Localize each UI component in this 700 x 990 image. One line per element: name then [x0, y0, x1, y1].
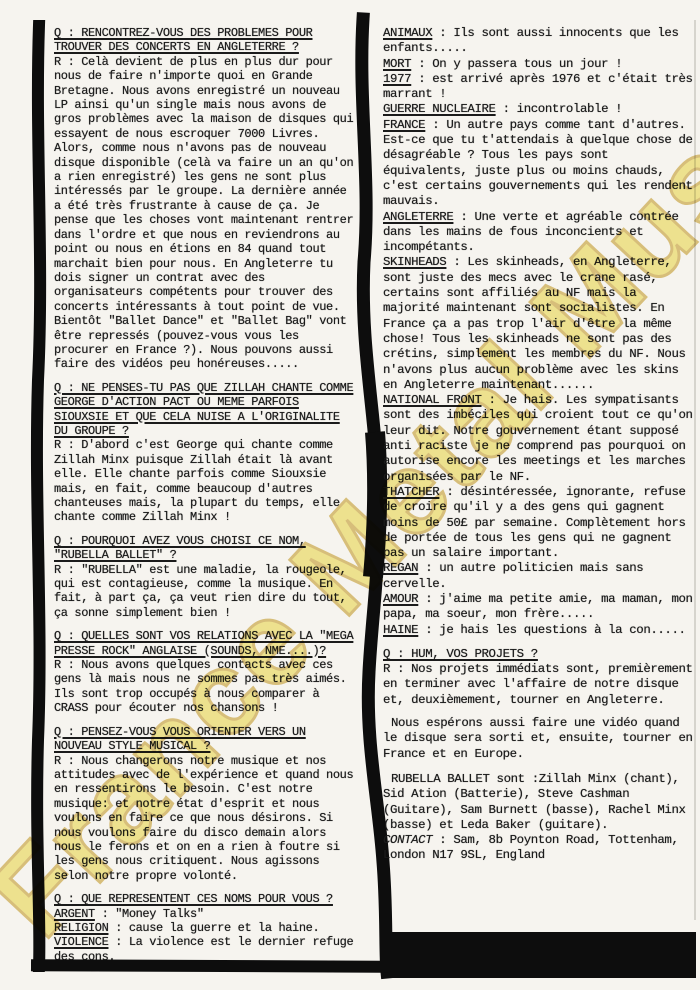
question-heading: Q : PENSEZ-VOUS VOUS ORIENTER VERS UN NO… — [54, 725, 358, 754]
topic-entry: CONTACT : Sam, 8b Poynton Road, Tottenha… — [383, 833, 693, 864]
topic-entry: 1977 : est arrivé après 1976 et c'était … — [383, 72, 693, 103]
topic-label: GUERRE NUCLEAIRE — [383, 102, 496, 116]
question-heading: Q : NE PENSES-TU PAS QUE ZILLAH CHANTE C… — [54, 381, 358, 439]
topic-entry: ANGLETERRE : Une verte et agréable contr… — [383, 210, 693, 256]
topic-label: MORT — [383, 57, 411, 71]
topic-label: AMOUR — [383, 592, 418, 606]
topic-label: HAINE — [383, 623, 418, 637]
topic-entry: SKINHEADS : Les skinheads, en Angleterre… — [383, 255, 693, 393]
answer-paragraph: R : "RUBELLA" est une maladie, la rougeo… — [54, 563, 358, 621]
topic-label: VIOLENCE — [54, 935, 108, 949]
topic-label: RELIGION — [54, 921, 108, 935]
topic-entry: AMOUR : j'aime ma petite amie, ma maman,… — [383, 592, 693, 623]
topic-entry: REGAN : un autre politicien mais sans ce… — [383, 561, 693, 592]
answer-paragraph: R : Nos projets immédiats sont, première… — [383, 662, 693, 708]
left-column: Q : RENCONTREZ-VOUS DES PROBLEMES POUR T… — [54, 26, 358, 964]
answer-paragraph: R : D'abord c'est George qui chante comm… — [54, 438, 358, 524]
topic-entry: MORT : On y passera tous un jour ! — [383, 57, 693, 72]
topic-entry: THATCHER : désintéressée, ignorante, ref… — [383, 485, 693, 561]
scan-edge-line — [694, 20, 696, 920]
answer-paragraph: R : Nous changerons notre musique et nos… — [54, 754, 358, 884]
topic-entry: GUERRE NUCLEAIRE : incontrolable ! — [383, 102, 693, 117]
question-heading: Q : RENCONTREZ-VOUS DES PROBLEMES POUR T… — [54, 26, 358, 55]
paragraph: Nous espérons aussi faire une vidéo quan… — [383, 716, 693, 762]
topic-entry: HAINE : je hais les questions à la con..… — [383, 623, 693, 638]
topic-label: THATCHER — [383, 485, 439, 499]
topic-entry: FRANCE : Un autre pays comme tant d'autr… — [383, 118, 693, 210]
bottom-right-block — [388, 932, 696, 978]
question-heading: Q : HUM, VOS PROJETS ? — [383, 647, 693, 662]
question-heading: Q : POURQUOI AVEZ VOUS CHOISI CE NOM, "R… — [54, 534, 358, 563]
topic-label: ARGENT — [54, 907, 95, 921]
question-heading: Q : QUELLES SONT VOS RELATIONS AVEC LA "… — [54, 629, 358, 658]
paragraph: RUBELLA BALLET sont :Zillah Minx (chant)… — [383, 772, 693, 833]
topic-label: ANGLETERRE — [383, 210, 453, 224]
topic-label: FRANCE — [383, 118, 425, 132]
answer-paragraph: R : Celà devient de plus en plus dur pou… — [54, 55, 358, 372]
topic-label: SKINHEADS — [383, 255, 446, 269]
topic-label: NATIONAL FRONT — [383, 393, 482, 407]
answer-paragraph: R : Nous avons quelques contacts avec ce… — [54, 658, 358, 716]
topic-entry: RELIGION : cause la guerre et la haine. — [54, 921, 358, 935]
topic-label: REGAN — [383, 561, 418, 575]
zine-page: Q : RENCONTREZ-VOUS DES PROBLEMES POUR T… — [0, 0, 700, 990]
topic-label: 1977 — [383, 72, 411, 86]
left-border-bar — [26, 20, 52, 972]
topic-entry: ARGENT : "Money Talks" — [54, 907, 358, 921]
topic-entry: NATIONAL FRONT : Je hais. Les sympatisan… — [383, 393, 693, 485]
bottom-left-bar — [31, 959, 394, 973]
topic-label: ANIMAUX — [383, 26, 432, 40]
right-column: ANIMAUX : Ils sont aussi innocents que l… — [383, 26, 693, 864]
topic-entry: ANIMAUX : Ils sont aussi innocents que l… — [383, 26, 693, 57]
question-heading: Q : QUE REPRESENTENT CES NOMS POUR VOUS … — [54, 892, 358, 906]
topic-label: CONTACT — [383, 833, 432, 847]
